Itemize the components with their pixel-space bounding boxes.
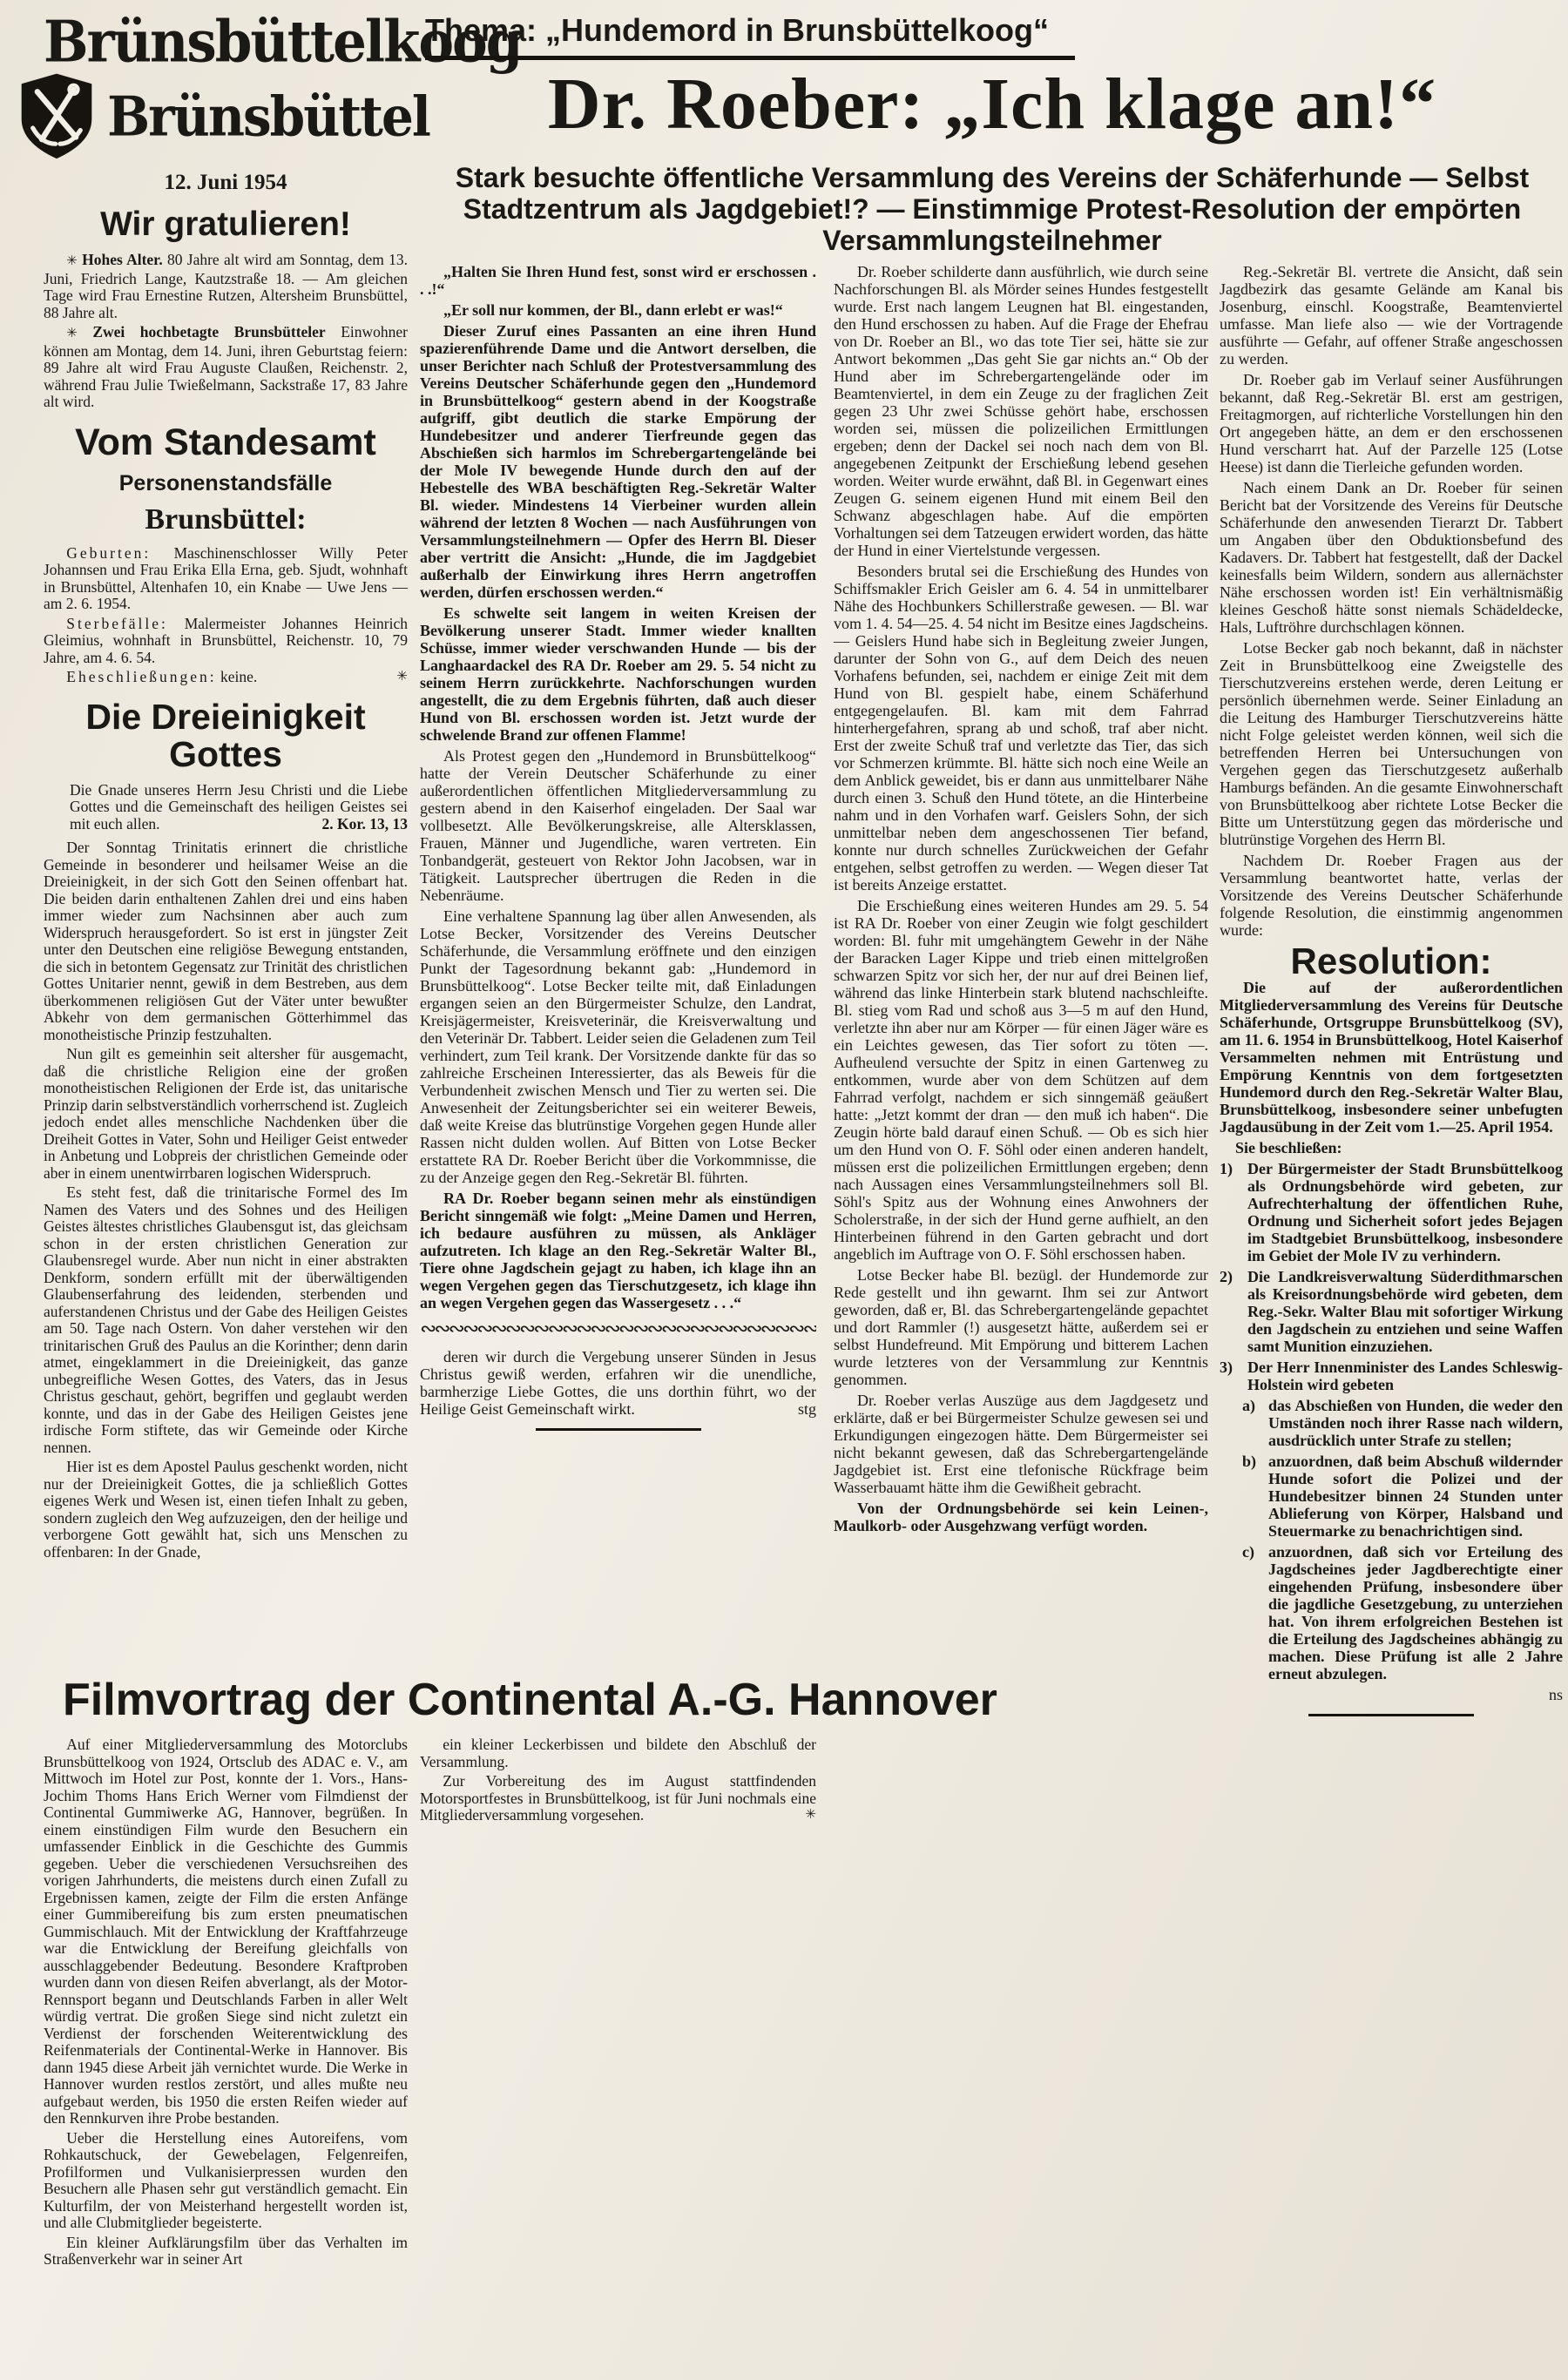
heading-resolution: Resolution: <box>1220 953 1563 970</box>
item-number: 2) <box>1220 1268 1242 1355</box>
author-initials: ns <box>1220 1686 1563 1703</box>
item-lead: Hohes Alter. <box>82 251 163 268</box>
item-number: 3) <box>1220 1359 1242 1393</box>
resolution-item: 1) Der Bürgermeister der Stadt Brunsbütt… <box>1220 1160 1563 1264</box>
article-paragraph: Dr. Roeber schilderte dann ausführlich, … <box>834 263 1208 559</box>
masthead: Brünsbüttelkoog Brünsbüttel <box>44 16 408 162</box>
resolution-intro: Die auf der außerordentlichen Mitglieder… <box>1220 979 1563 1136</box>
lead-quote: „Halten Sie Ihren Hund fest, sonst wird … <box>420 263 816 298</box>
article-paragraph: Nachdem Dr. Roeber Fragen aus der Versam… <box>1220 852 1563 939</box>
film-column-2: ein kleiner Leckerbissen und bildete den… <box>420 1736 816 1827</box>
city-crest-icon <box>17 71 97 162</box>
subitem-letter: b) <box>1242 1453 1263 1540</box>
article-paragraph-with-marker: Zur Vorbereitung des im August stattfind… <box>420 1773 816 1824</box>
subitem-text: anzuordnen, daß beim Abschuß wildernder … <box>1268 1453 1563 1540</box>
article-paragraph: Dr. Roeber verlas Auszüge aus dem Jagdge… <box>834 1392 1208 1496</box>
article-paragraph: Hier ist es dem Apostel Paulus geschenkt… <box>44 1459 408 1561</box>
subitem-letter: a) <box>1242 1397 1263 1449</box>
article-paragraph: Lotse Becker gab noch bekannt, daß in nä… <box>1220 639 1563 848</box>
resolution-subitem: b) anzuordnen, daß beim Abschuß wildernd… <box>1242 1453 1563 1540</box>
resolution-item: 2) Die Landkreisverwaltung Süderdithmars… <box>1220 1268 1563 1355</box>
article-paragraph: ein kleiner Leckerbissen und bildete den… <box>420 1736 816 1770</box>
star-icon: ✳ <box>66 327 78 340</box>
main-column-3: Reg.-Sekretär Bl. vertrete die Ansicht, … <box>1220 263 1563 1716</box>
entry-lead: Geburten: <box>66 544 151 562</box>
star-icon: ✳ <box>782 1807 816 1824</box>
main-headline: Dr. Roeber: „Ich klage an!“ <box>425 68 1559 141</box>
entry-text: keine. <box>220 668 257 685</box>
accusation-paragraph: RA Dr. Roeber begann seinen mehr als ein… <box>420 1190 816 1311</box>
lead-quote: „Er soll nur kommen, der Bl., dann erleb… <box>420 301 816 319</box>
article-paragraph: Ein kleiner Aufklärungsfilm über das Ver… <box>44 2235 408 2269</box>
star-icon: ✳ <box>66 254 78 268</box>
entry-lead: Sterbefälle: <box>66 615 168 632</box>
dreieinigkeit-body: Der Sonntag Trinitatis erinnert die chri… <box>44 839 408 1561</box>
main-column-1: „Halten Sie Ihren Hund fest, sonst wird … <box>420 263 816 1431</box>
author-initials: stg <box>774 1400 816 1418</box>
standesamt-body: Geburten: Maschinenschlosser Willy Peter… <box>44 545 408 686</box>
article-paragraph: Nun gilt es gemeinhin seit altersher für… <box>44 1046 408 1182</box>
standesamt-entry: Eheschließungen: keine. ✳ <box>44 669 408 686</box>
article-paragraph: Reg.-Sekretär Bl. vertrete die Ansicht, … <box>1220 263 1563 367</box>
resolution-subitem: a) das Abschießen von Hunden, die weder … <box>1242 1397 1563 1449</box>
article-paragraph: Nach einem Dank an Dr. Roeber für seinen… <box>1220 479 1563 636</box>
article-paragraph: Besonders brutal sei die Erschießung des… <box>834 563 1208 893</box>
article-paragraph: Ueber die Herstellung eines Autoreifens,… <box>44 2130 408 2232</box>
article-paragraph: Auf einer Mitgliederversammlung des Moto… <box>44 1736 408 2127</box>
item-number: 1) <box>1220 1160 1242 1264</box>
bold-note: Von der Ordnungsbehörde sei kein Leinen-… <box>834 1500 1208 1534</box>
article-paragraph: Eine verhaltene Spannung lag über allen … <box>420 907 816 1186</box>
masthead-title-word: Brünsbüttel <box>107 84 429 148</box>
gratulieren-item: ✳ Zwei hochbetagte Brunsbütteler Einwohn… <box>44 324 408 411</box>
entry-lead: Eheschließungen: <box>66 668 216 685</box>
subitem-text: anzuordnen, daß sich vor Erteilung des J… <box>1268 1543 1563 1682</box>
standesamt-entry: Geburten: Maschinenschlosser Willy Peter… <box>44 545 408 613</box>
resolution-decide: Sie beschließen: <box>1220 1139 1563 1156</box>
section-rule <box>536 1428 701 1431</box>
dateline: 12. Juni 1954 <box>44 171 408 195</box>
resolution-subitem: c) anzuordnen, daß sich vor Erteilung de… <box>1242 1543 1563 1682</box>
newspaper-page: { "masthead": { "title1": "Brünsbüttelko… <box>0 0 1568 2380</box>
item-text: Der Bürgermeister der Stadt Brunsbüttelk… <box>1247 1160 1563 1264</box>
kicker-row: Thema: „Hundemord in Brunsbüttelkoog“ <box>425 12 1558 60</box>
main-column-2: Dr. Roeber schilderte dann ausführlich, … <box>834 263 1208 1538</box>
heading-dreieinigkeit: Die Dreieinigkeit Gottes <box>44 698 408 773</box>
paragraph-text: Zur Vorbereitung des im August stattfind… <box>420 1772 816 1824</box>
main-subhead: Stark besuchte öffentliche Versammlung d… <box>425 162 1559 256</box>
heading-wir-gratulieren: Wir gratulieren! <box>44 207 408 243</box>
lead-paragraph: Dieser Zuruf eines Passanten an eine ihr… <box>420 322 816 601</box>
kicker: Thema: „Hundemord in Brunsbüttelkoog“ <box>425 12 1075 60</box>
gratulieren-body: ✳ Hohes Alter. 80 Jahre alt wird am Sonn… <box>44 252 408 411</box>
church-continuation: deren wir durch die Vergebung unserer Sü… <box>420 1348 816 1418</box>
article-paragraph: Dr. Roeber gab im Verlauf seiner Ausführ… <box>1220 371 1563 475</box>
lead-paragraph: Es schwelte seit langem in weiten Kreise… <box>420 604 816 744</box>
verse-reference: 2. Kor. 13, 13 <box>321 816 408 833</box>
film-headline: Filmvortrag der Continental A.-G. Hannov… <box>63 1674 1091 1726</box>
article-paragraph: Es steht fest, daß die trinitarische For… <box>44 1184 408 1456</box>
star-icon: ✳ <box>374 669 408 686</box>
subheading-personenstandsfaelle: Personenstandsfälle <box>44 471 408 496</box>
ornament-wave: ∾∾∾∾∾∾∾∾∾∾∾∾∾∾∾∾∾∾∾∾∾∾∾∾∾∾∾∾∾∾∾∾∾∾∾∾∾∾∾∾… <box>420 1320 816 1338</box>
bible-verse: Die Gnade unseres Herrn Jesu Christi und… <box>70 782 408 833</box>
masthead-title-line1: Brünsbüttelkoog <box>44 14 408 72</box>
section-rule <box>1308 1714 1474 1716</box>
masthead-title-line2: Brünsbüttel <box>44 71 408 162</box>
heading-standesamt: Vom Standesamt <box>44 423 408 462</box>
article-paragraph: Als Protest gegen den „Hundemord in Brun… <box>420 747 816 904</box>
item-text: Der Herr Innenminister des Landes Schles… <box>1247 1359 1563 1393</box>
subitem-text: das Abschießen von Hunden, die weder den… <box>1268 1397 1563 1449</box>
resolution-item: 3) Der Herr Innenminister des Landes Sch… <box>1220 1359 1563 1393</box>
gratulieren-item: ✳ Hohes Alter. 80 Jahre alt wird am Sonn… <box>44 252 408 321</box>
church-continuation-text: deren wir durch die Vergebung unserer Sü… <box>420 1348 816 1418</box>
subheading-brunsbuettel: Brunsbüttel: <box>44 503 408 536</box>
left-column: Brünsbüttelkoog Brünsbüttel 12. Juni 195… <box>44 16 408 1563</box>
article-paragraph: Die Erschießung eines weiteren Hundes am… <box>834 897 1208 1263</box>
standesamt-entry: Sterbefälle: Malermeister Johannes Heinr… <box>44 616 408 667</box>
subitem-letter: c) <box>1242 1543 1263 1682</box>
item-text: Die Landkreisverwaltung Süderdithmarsche… <box>1247 1268 1563 1355</box>
film-column-1: Auf einer Mitgliederversammlung des Moto… <box>44 1736 408 2271</box>
article-paragraph: Lotse Becker habe Bl. bezügl. der Hundem… <box>834 1266 1208 1388</box>
item-lead: Zwei hochbetagte Brunsbütteler <box>92 323 325 340</box>
article-paragraph: Der Sonntag Trinitatis erinnert die chri… <box>44 839 408 1043</box>
